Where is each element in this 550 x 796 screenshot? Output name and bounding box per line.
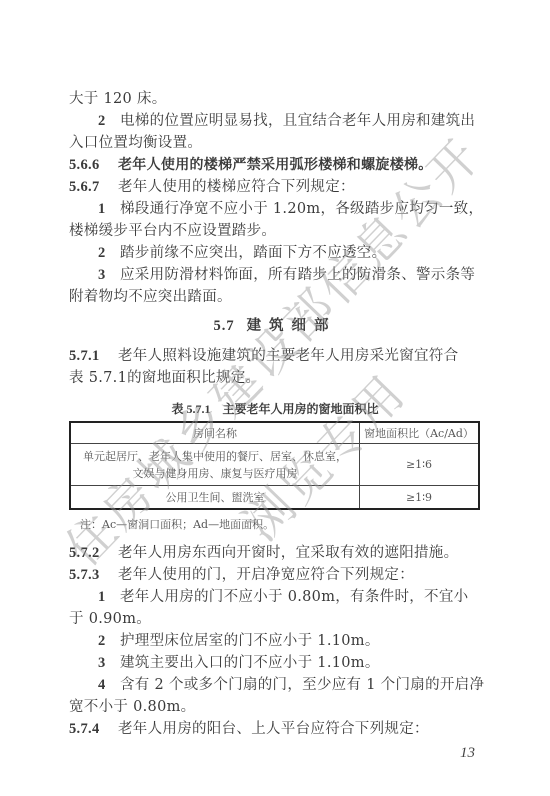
clause-number: 5.7.4 bbox=[69, 719, 118, 739]
line-text: 于 0.90m。 bbox=[69, 611, 151, 627]
clause-number: 5.7.3 bbox=[69, 565, 118, 585]
paragraph-line: 楼梯缓步平台内不应设置踏步。 bbox=[69, 221, 479, 241]
room-name-cell: 公用卫生间、盥洗室 bbox=[70, 486, 360, 510]
item-text: 建筑主要出入口的门不应小于 1.10m。 bbox=[120, 655, 380, 671]
clause-5-7-4: 5.7.4老年人用房的阳台、上人平台应符合下列规定： bbox=[69, 719, 479, 739]
paragraph-line: 表 5.7.1的窗地面积比规定。 bbox=[69, 368, 479, 388]
line-text: 楼梯缓步平台内不应设置踏步。 bbox=[69, 223, 276, 239]
item-text: 电梯的位置应明显易找，且宜结合老年人用房和建筑出 bbox=[120, 113, 475, 129]
section-heading: 5.7建筑细部 bbox=[0, 314, 550, 335]
table-header-row: 房间名称 窗地面积比（Ac/Ad） bbox=[70, 422, 479, 444]
item-number: 3 bbox=[98, 265, 120, 285]
clause-5-7-3: 5.7.3老年人使用的门，开启净宽应符合下列规定： bbox=[69, 565, 479, 585]
table-number: 表 5.7.1 bbox=[171, 402, 210, 416]
room-name-line: 单元起居厅、老年人集中使用的餐厅、居室、休息室， bbox=[75, 448, 355, 465]
list-item: 2电梯的位置应明显易找，且宜结合老年人用房和建筑出 bbox=[69, 111, 508, 131]
clause-text: 老年人用房东西向开窗时，宜采取有效的遮阳措施。 bbox=[118, 545, 458, 561]
list-item: 1老年人用房的门不应小于 0.80m，有条件时，不宜小 bbox=[69, 587, 508, 607]
item-text: 梯段通行净宽不应小于 1.20m，各级踏步应均匀一致， bbox=[120, 201, 483, 217]
item-text: 老年人用房的门不应小于 0.80m，有条件时，不宜小 bbox=[120, 589, 468, 605]
table-row: 公用卫生间、盥洗室 ≥1∶9 bbox=[70, 486, 479, 510]
paragraph-line: 宽不小于 0.80m。 bbox=[69, 697, 479, 717]
clause-text-mandatory: 老年人使用的楼梯严禁采用弧形楼梯和螺旋楼梯。 bbox=[118, 157, 433, 173]
clause-number: 5.7.1 bbox=[69, 346, 118, 366]
window-floor-ratio-table: 房间名称 窗地面积比（Ac/Ad） 单元起居厅、老年人集中使用的餐厅、居室、休息… bbox=[69, 421, 480, 510]
table-caption: 表 5.7.1主要老年人用房的窗地面积比 bbox=[0, 400, 550, 417]
item-number: 2 bbox=[98, 111, 120, 131]
section-title: 建筑细部 bbox=[247, 318, 337, 334]
line-text: 入口位置均衡设置。 bbox=[69, 135, 202, 151]
section-number: 5.7 bbox=[213, 318, 234, 334]
clause-number: 5.6.7 bbox=[69, 177, 118, 197]
clause-number: 5.7.2 bbox=[69, 543, 118, 563]
table-note: 注：Ac—窗洞口面积；Ad—地面面积。 bbox=[80, 516, 274, 532]
list-item: 2护理型床位居室的门不应小于 1.10m。 bbox=[69, 631, 508, 651]
item-number: 3 bbox=[98, 653, 120, 673]
item-text: 护理型床位居室的门不应小于 1.10m。 bbox=[120, 633, 380, 649]
list-item: 1梯段通行净宽不应小于 1.20m，各级踏步应均匀一致， bbox=[69, 199, 508, 219]
room-name-cell: 单元起居厅、老年人集中使用的餐厅、居室、休息室，文娱与健身用房、康复与医疗用房 bbox=[70, 444, 360, 486]
page-number: 13 bbox=[460, 745, 475, 762]
list-item: 3应采用防滑材料饰面，所有踏步上的防滑条、警示条等 bbox=[69, 265, 508, 285]
clause-text: 老年人用房的阳台、上人平台应符合下列规定： bbox=[118, 721, 429, 737]
clause-5-7-1: 5.7.1老年人照料设施建筑的主要老年人用房采光窗宜符合 bbox=[69, 346, 479, 366]
item-number: 1 bbox=[98, 199, 120, 219]
paragraph-line: 入口位置均衡设置。 bbox=[69, 133, 479, 153]
list-item: 2踏步前缘不应突出，踏面下方不应透空。 bbox=[69, 243, 508, 263]
item-number: 2 bbox=[98, 243, 120, 263]
paragraph-line: 大于 120 床。 bbox=[69, 89, 479, 109]
item-number: 1 bbox=[98, 587, 120, 607]
table-title: 主要老年人用房的窗地面积比 bbox=[223, 402, 379, 416]
item-text: 应采用防滑材料饰面，所有踏步上的防滑条、警示条等 bbox=[120, 267, 475, 283]
item-number: 2 bbox=[98, 631, 120, 651]
paragraph-line: 附着物均不应突出踏面。 bbox=[69, 287, 479, 307]
clause-5-7-2: 5.7.2老年人用房东西向开窗时，宜采取有效的遮阳措施。 bbox=[69, 543, 479, 563]
clause-text: 老年人照料设施建筑的主要老年人用房采光窗宜符合 bbox=[118, 348, 458, 364]
ratio-cell: ≥1∶6 bbox=[360, 444, 480, 486]
clause-5-6-7: 5.6.7老年人使用的楼梯应符合下列规定： bbox=[69, 177, 479, 197]
line-text: 表 5.7.1的窗地面积比规定。 bbox=[69, 370, 260, 386]
item-number: 4 bbox=[98, 675, 120, 695]
list-item: 3建筑主要出入口的门不应小于 1.10m。 bbox=[69, 653, 508, 673]
ratio-cell: ≥1∶9 bbox=[360, 486, 480, 510]
line-text: 宽不小于 0.80m。 bbox=[69, 699, 195, 715]
clause-text: 老年人使用的楼梯应符合下列规定： bbox=[118, 179, 355, 195]
room-name-line: 文娱与健身用房、康复与医疗用房 bbox=[75, 465, 355, 482]
list-item: 4含有 2 个或多个门扇的门，至少应有 1 个门扇的开启净 bbox=[69, 675, 508, 695]
paragraph-line: 于 0.90m。 bbox=[69, 609, 479, 629]
clause-number: 5.6.6 bbox=[69, 155, 118, 175]
line-text: 附着物均不应突出踏面。 bbox=[69, 289, 232, 305]
document-page: 大于 120 床。 2电梯的位置应明显易找，且宜结合老年人用房和建筑出 入口位置… bbox=[0, 0, 550, 796]
line-text: 大于 120 床。 bbox=[69, 91, 167, 107]
item-text: 踏步前缘不应突出，踏面下方不应透空。 bbox=[120, 245, 386, 261]
header-room-name: 房间名称 bbox=[70, 422, 360, 444]
clause-5-6-6: 5.6.6老年人使用的楼梯严禁采用弧形楼梯和螺旋楼梯。 bbox=[69, 155, 479, 175]
table-row: 单元起居厅、老年人集中使用的餐厅、居室、休息室，文娱与健身用房、康复与医疗用房 … bbox=[70, 444, 479, 486]
item-text: 含有 2 个或多个门扇的门，至少应有 1 个门扇的开启净 bbox=[120, 677, 484, 693]
clause-text: 老年人使用的门，开启净宽应符合下列规定： bbox=[118, 567, 414, 583]
header-ratio: 窗地面积比（Ac/Ad） bbox=[360, 422, 480, 444]
